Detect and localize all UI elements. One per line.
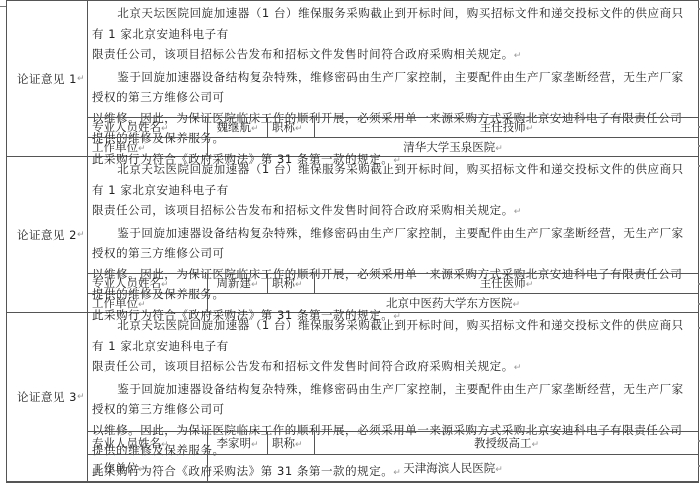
value-text: 主任医师: [480, 276, 526, 290]
opinion-text: 北京天坛医院回旋加速器（1 台）维保服务采购截止到开标时间，购买招标文件和递交投…: [88, 157, 698, 273]
label-text: 专业人员姓名: [92, 120, 161, 134]
paragraph-continuation: 限责任公司，该项目招标公告发布和招标文件发售时间符合政府采购相关规定。↵: [92, 356, 694, 379]
opinion-paragraph-1: 北京天坛医院回旋加速器（1 台）维保服务采购截止到开标时间，购买招标文件和递交投…: [92, 315, 694, 379]
expert-title-label: 职称↵: [268, 432, 315, 454]
label-text: 工作单位: [92, 461, 138, 475]
paragraph-text: 限责任公司，该项目招标公告发布和招标文件发售时间符合政府采购相关规定。: [92, 203, 514, 217]
expert-name-row: 专业人员姓名↵ 魏继航↵ 职称↵ 主任技师↵: [88, 117, 698, 137]
work-unit-label: 工作单位↵: [88, 138, 208, 156]
paragraph-mark-icon: ↵: [251, 124, 259, 134]
paragraph-mark-icon: ↵: [77, 74, 85, 84]
paragraph-mark-icon: ↵: [138, 300, 146, 310]
paragraph-mark-icon: ↵: [295, 440, 303, 450]
paragraph-mark-icon: ↵: [138, 465, 146, 475]
paragraph-mark-icon: ↵: [77, 230, 85, 240]
expert-name-row: 专业人员姓名↵ 李家明↵ 职称↵ 教授级高工↵: [88, 431, 698, 454]
paragraph-text: 限责任公司，该项目招标公告发布和招标文件发售时间符合政府采购相关规定。: [92, 359, 514, 373]
paragraph-mark-icon: ↵: [526, 280, 534, 290]
expert-title-value: 主任技师↵: [315, 118, 698, 137]
paragraph-text: 鉴于回旋加速器设备结构复杂特殊，维修密码由生产厂家控制，主要配件由生产厂家垄断经…: [92, 226, 684, 261]
paragraph-mark-icon: ↵: [161, 124, 169, 134]
opinion-paragraph-1: 北京天坛医院回旋加速器（1 台）维保服务采购截止到开标时间，购买招标文件和递交投…: [92, 3, 694, 67]
value-text: 主任技师: [480, 120, 526, 134]
expert-name-value: 魏继航↵: [208, 118, 268, 137]
expert-title-value: 教授级高工↵: [315, 432, 698, 454]
label-text: 工作单位: [92, 140, 138, 154]
paragraph-mark-icon: ↵: [526, 124, 534, 134]
paragraph-mark-icon: ↵: [138, 144, 146, 154]
expert-title-label: 职称↵: [268, 274, 315, 293]
opinion-content: 北京天坛医院回旋加速器（1 台）维保服务采购截止到开标时间，购买招标文件和递交投…: [88, 313, 698, 481]
opinion-label-cell: 论证意见 2↵: [7, 157, 88, 312]
paragraph-continuation: 限责任公司，该项目招标公告发布和招标文件发售时间符合政府采购相关规定。↵: [92, 200, 694, 223]
paragraph-text: 北京天坛医院回旋加速器（1 台）维保服务采购截止到开标时间，购买招标文件和递交投…: [92, 318, 684, 353]
work-unit-value: 天津海滨人民医院↵: [208, 455, 698, 481]
opinion-content: 北京天坛医院回旋加速器（1 台）维保服务采购截止到开标时间，购买招标文件和递交投…: [88, 1, 698, 156]
paragraph-mark-icon: ↵: [161, 440, 169, 450]
expert-name-label: 专业人员姓名↵: [88, 274, 208, 293]
expert-name-label: 专业人员姓名↵: [88, 432, 208, 454]
label-text: 专业人员姓名: [92, 276, 161, 290]
expert-opinion-table: 论证意见 1↵ 北京天坛医院回旋加速器（1 台）维保服务采购截止到开标时间，购买…: [6, 0, 699, 483]
label-text: 专业人员姓名: [92, 436, 161, 450]
paragraph-text: 北京天坛医院回旋加速器（1 台）维保服务采购截止到开标时间，购买招标文件和递交投…: [92, 6, 684, 41]
paragraph-text: 北京天坛医院回旋加速器（1 台）维保服务采购截止到开标时间，购买招标文件和递交投…: [92, 162, 684, 197]
expert-unit-row: 工作单位↵ 天津海滨人民医院↵: [88, 454, 698, 481]
opinion-label-cell: 论证意见 3↵: [7, 313, 88, 481]
opinion-label: 论证意见 2: [17, 227, 77, 243]
work-unit-label: 工作单位↵: [88, 455, 208, 481]
opinion-label: 论证意见 3: [17, 389, 77, 405]
label-text: 职称: [272, 276, 295, 290]
expert-name-value: 李家明↵: [208, 432, 268, 454]
paragraph-mark-icon: ↵: [495, 144, 503, 154]
paragraph-mark-icon: ↵: [161, 280, 169, 290]
opinion-content: 北京天坛医院回旋加速器（1 台）维保服务采购截止到开标时间，购买招标文件和递交投…: [88, 157, 698, 312]
work-unit-label: 工作单位↵: [88, 294, 208, 312]
opinion-section-2: 论证意见 2↵ 北京天坛医院回旋加速器（1 台）维保服务采购截止到开标时间，购买…: [7, 156, 698, 312]
value-text: 魏继航: [216, 120, 251, 134]
opinion-text: 北京天坛医院回旋加速器（1 台）维保服务采购截止到开标时间，购买招标文件和递交投…: [88, 1, 698, 117]
paragraph-mark-icon: ↵: [531, 440, 539, 450]
paragraph-mark-icon: ↵: [495, 465, 503, 475]
paragraph-mark-icon: ↵: [295, 280, 303, 290]
expert-name-row: 专业人员姓名↵ 周新建↵ 职称↵ 主任医师↵: [88, 273, 698, 293]
value-text: 清华大学玉泉医院: [403, 140, 495, 154]
label-text: 职称: [272, 436, 295, 450]
value-text: 李家明: [216, 436, 251, 450]
value-text: 教授级高工: [474, 436, 532, 450]
opinion-text: 北京天坛医院回旋加速器（1 台）维保服务采购截止到开标时间，购买招标文件和递交投…: [88, 313, 698, 431]
paragraph-mark-icon: ↵: [514, 207, 522, 217]
label-text: 工作单位: [92, 296, 138, 310]
label-text: 职称: [272, 120, 295, 134]
work-unit-value: 清华大学玉泉医院↵: [208, 138, 698, 156]
paragraph-mark-icon: ↵: [251, 440, 259, 450]
paragraph-mark-icon: ↵: [512, 300, 520, 310]
expert-title-label: 职称↵: [268, 118, 315, 137]
expert-name-value: 周新建↵: [208, 274, 268, 293]
paragraph-mark-icon: ↵: [77, 392, 85, 402]
opinion-paragraph-1: 北京天坛医院回旋加速器（1 台）维保服务采购截止到开标时间，购买招标文件和递交投…: [92, 159, 694, 223]
opinion-section-3: 论证意见 3↵ 北京天坛医院回旋加速器（1 台）维保服务采购截止到开标时间，购买…: [7, 312, 698, 481]
opinion-label-cell: 论证意见 1↵: [7, 1, 88, 156]
paragraph-text: 鉴于回旋加速器设备结构复杂特殊，维修密码由生产厂家控制，主要配件由生产厂家垄断经…: [92, 70, 684, 105]
opinion-section-1: 论证意见 1↵ 北京天坛医院回旋加速器（1 台）维保服务采购截止到开标时间，购买…: [7, 0, 698, 156]
paragraph-text: 鉴于回旋加速器设备结构复杂特殊，维修密码由生产厂家控制，主要配件由生产厂家垄断经…: [92, 382, 684, 417]
value-text: 周新建: [216, 276, 251, 290]
paragraph-mark-icon: ↵: [514, 51, 522, 61]
paragraph-mark-icon: ↵: [295, 124, 303, 134]
value-text: 北京中医药大学东方医院: [386, 296, 513, 310]
paragraph-mark-icon: ↵: [514, 363, 522, 373]
expert-unit-row: 工作单位↵ 北京中医药大学东方医院↵: [88, 293, 698, 312]
expert-name-label: 专业人员姓名↵: [88, 118, 208, 137]
value-text: 天津海滨人民医院: [403, 461, 495, 475]
paragraph-continuation: 限责任公司，该项目招标公告发布和招标文件发售时间符合政府采购相关规定。↵: [92, 44, 694, 67]
expert-title-value: 主任医师↵: [315, 274, 698, 293]
paragraph-text: 限责任公司，该项目招标公告发布和招标文件发售时间符合政府采购相关规定。: [92, 47, 514, 61]
paragraph-mark-icon: ↵: [251, 280, 259, 290]
opinion-label: 论证意见 1: [17, 71, 77, 87]
expert-unit-row: 工作单位↵ 清华大学玉泉医院↵: [88, 137, 698, 156]
work-unit-value: 北京中医药大学东方医院↵: [208, 294, 698, 312]
